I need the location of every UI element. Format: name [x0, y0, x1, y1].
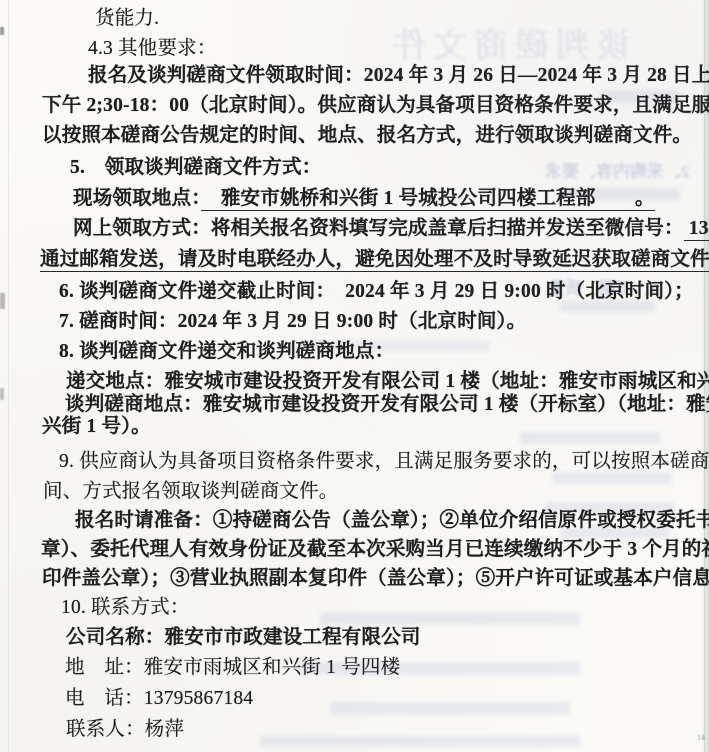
scan-speck	[0, 27, 4, 35]
line-address: 地 址：雅安市雨城区和兴街 1 号四楼	[65, 655, 400, 681]
heading-4-3-other-req: 4.3 其他要求：	[88, 36, 217, 62]
scan-left-edge-line	[8, 0, 9, 752]
online-pickup-note-underlined: 通过邮箱发送，请及时电联经办人，避免因处理不及时导致延迟获取磋商文件）	[40, 249, 709, 272]
heading-10-contact: 10. 联系方式：	[61, 595, 190, 621]
scanned-document-page: { "page": { "paper_color": "#fbfaf7", "i…	[0, 0, 709, 752]
para-9-line-1: 9. 供应商认为具备项目资格条件要求，且满足服务要求的，可以按照本磋商公告规定的…	[59, 449, 709, 475]
para-pickup-time-line-2: 下午 2;30-18：00（北京时间）。供应商认为具备项目资格条件要求，且满足服…	[42, 93, 709, 119]
line-negotiation-location-2: 兴街 1 号）。	[42, 414, 151, 440]
para-pickup-time-line-3: 以按照本磋商公告规定的时间、地点、报名方式，进行领取谈判磋商文件。	[42, 123, 692, 149]
para-prepare-line-2: 章）、委托代理人有效身份证及截至本次采购当月已连续缴纳不少于 3 个月的社保证明…	[41, 537, 709, 563]
line-online-pickup-1: 网上领取方式：将相关报名资料填写完成盖章后扫描并发送至微信号： 13795867…	[73, 216, 709, 242]
line-phone: 电 话：13795867184	[65, 686, 253, 712]
bleedthrough-smudge	[330, 702, 570, 715]
bleedthrough-smudge	[260, 736, 580, 747]
onsite-pickup-label: 现场领取地点：	[73, 188, 201, 209]
line-negotiation-location-1: 谈判磋商地点：雅安城市建设投资开发有限公司 1 楼（开标室）（地址：雅安市雨城区…	[65, 392, 709, 418]
line-online-pickup-2: 通过邮箱发送，请及时电联经办人，避免因处理不及时导致延迟获取磋商文件） 。	[40, 247, 709, 273]
bleedthrough-smudge	[320, 612, 580, 625]
bleedthrough-page-number: 14	[697, 733, 705, 742]
online-pickup-label: 网上领取方式：将相关报名资料填写完成盖章后扫描并发送至微信号：	[73, 218, 684, 239]
heading-8-locations: 8. 谈判磋商文件递交和谈判磋商地点：	[59, 339, 394, 365]
para-9-line-2: 间、方式报名领取谈判磋商文件。	[43, 479, 339, 505]
scan-speck	[0, 293, 5, 309]
heading-5-pickup-method: 5. 领取谈判磋商文件方式：	[70, 155, 321, 181]
bleedthrough-line: 2、采购内容、要求	[545, 157, 690, 182]
scan-speck	[0, 388, 4, 400]
para-prepare-line-3: 印件盖公章）；③营业执照副本复印件（盖公章）；⑤开户许可证或基本户信息（盖公章）…	[42, 566, 709, 592]
onsite-pickup-address-underlined: 雅安市姚桥和兴街 1 号城投公司四楼工程部 。	[201, 188, 655, 211]
line-contact-person: 联系人：杨萍	[66, 717, 184, 743]
bleedthrough-title: 谈判磋商文件	[385, 18, 631, 67]
line-company-name: 公司名称：雅安市市政建设工程有限公司	[66, 625, 421, 651]
bleedthrough-smudge	[520, 432, 660, 444]
para-prepare-line-1: 报名时请准备：①持磋商公告（盖公章）；②单位介绍信原件或授权委托书原件（盖公	[75, 508, 709, 534]
para-pickup-time-line-1: 报名及谈判磋商文件领取时间：2024 年 3 月 26 日—2024 年 3 月…	[88, 63, 709, 89]
line-7-negotiation-time: 7. 磋商时间：2024 年 3 月 29 日 9:00 时（北京时间）。	[59, 309, 526, 335]
line-onsite-pickup: 现场领取地点： 雅安市姚桥和兴街 1 号城投公司四楼工程部 。	[73, 186, 655, 212]
wechat-number-underlined: 13795867184（若	[684, 218, 709, 241]
line-6-submit-deadline: 6. 谈判磋商文件递交截止时间： 2024 年 3 月 29 日 9:00 时（…	[59, 279, 694, 305]
line-intro-tail: 货能力.	[95, 6, 159, 32]
